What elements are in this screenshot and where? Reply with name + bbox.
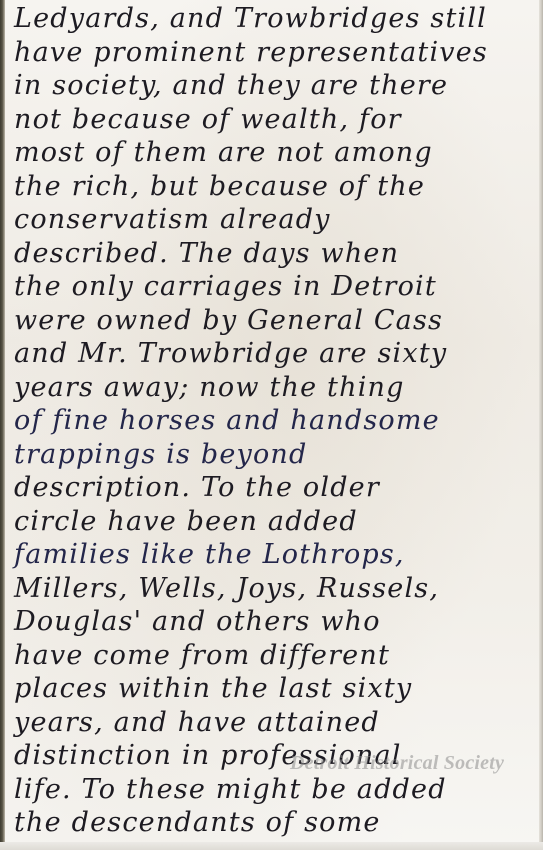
handwritten-line: described. The days when (14, 237, 534, 271)
handwritten-line: were owned by General Cass (14, 304, 534, 338)
handwritten-line: conservatism already (14, 203, 534, 237)
handwritten-line: the rich, but because of the (14, 170, 534, 204)
handwritten-line: Ledyards, and Trowbridges still (14, 2, 534, 36)
page-left-edge (0, 0, 5, 850)
handwritten-line: most of them are not among (14, 136, 534, 170)
handwritten-line: years away; now the thing (14, 371, 534, 405)
handwritten-line: in society, and they are there (14, 69, 534, 103)
handwritten-line: the only carriages in Detroit (14, 270, 534, 304)
manuscript-page: Ledyards, and Trowbridges still have pro… (0, 0, 543, 850)
handwritten-line: and Mr. Trowbridge are sixty (14, 337, 534, 371)
handwritten-line: years, and have attained (14, 706, 534, 740)
handwritten-line: trappings is beyond (14, 438, 534, 472)
handwritten-line: places within the last sixty (14, 672, 534, 706)
handwritten-line: have come from different (14, 639, 534, 673)
handwritten-line: families like the Lothrops, (14, 538, 534, 572)
handwritten-line: the descendants of some (14, 806, 534, 840)
page-right-edge (539, 0, 543, 850)
handwritten-line: Douglas' and others who (14, 605, 534, 639)
handwritten-line: have prominent representatives (14, 36, 534, 70)
handwritten-line: life. To these might be added (14, 773, 534, 807)
page-bottom-edge (0, 842, 543, 850)
handwritten-text-block: Ledyards, and Trowbridges still have pro… (14, 2, 534, 840)
handwritten-line: circle have been added (14, 505, 534, 539)
handwritten-line: of fine horses and handsome (14, 404, 534, 438)
handwritten-line: not because of wealth, for (14, 103, 534, 137)
handwritten-line: description. To the older (14, 471, 534, 505)
handwritten-line: Millers, Wells, Joys, Russels, (14, 572, 534, 606)
watermark-text: Detroit Historical Society (290, 752, 504, 775)
